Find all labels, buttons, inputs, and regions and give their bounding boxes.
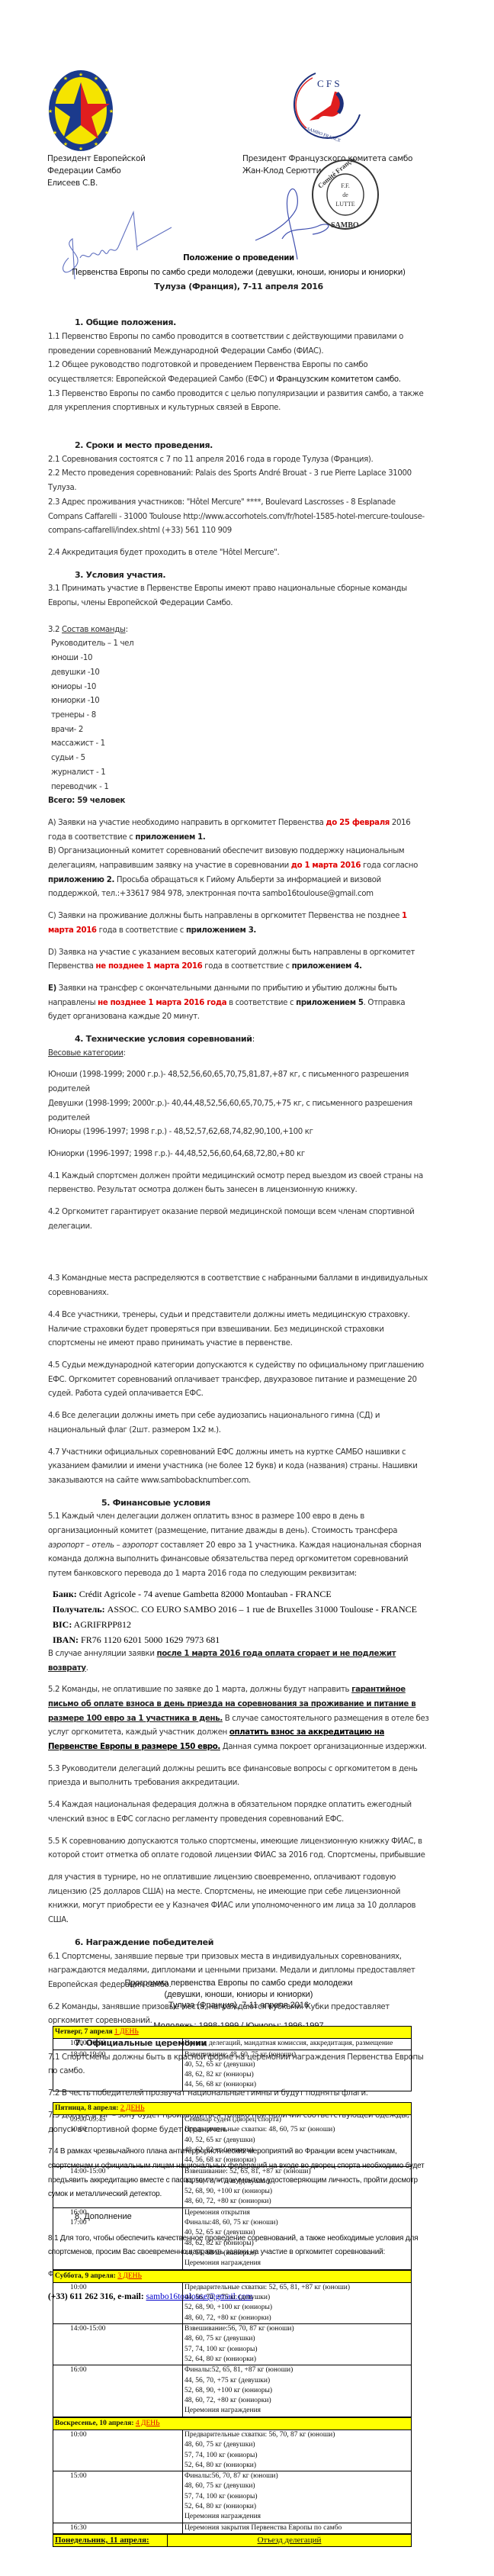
section-heading: 1. Общие положения. bbox=[48, 316, 429, 330]
time: 16:30 bbox=[70, 2523, 181, 2533]
list-item: журналист - 1 bbox=[51, 766, 429, 781]
event-line: Церемония открытия bbox=[184, 2208, 409, 2218]
time: 10:00-16:00 bbox=[70, 2039, 181, 2049]
paragraph: 2.2 Место проведения соревнований: Palai… bbox=[48, 467, 429, 495]
event-line: Семинар судей (дворец спорта) bbox=[184, 2115, 409, 2125]
event-cell: Церемония закрытия Первенства Европы по … bbox=[183, 2523, 412, 2533]
event-line: 48, 60, 75 кг (девушки) bbox=[184, 2440, 409, 2450]
event-line: 40, 52, 65 кг (девушки) bbox=[184, 2228, 409, 2238]
table-row: 15:00Финалы:56, 70, 87 кг (юноши)48, 60,… bbox=[53, 2471, 412, 2523]
team-total: Всего: 59 человек bbox=[48, 794, 429, 809]
list-item: судьи - 5 bbox=[51, 752, 429, 766]
time-cell: 10:00-16:00 bbox=[53, 2039, 183, 2050]
paragraph-d: D) Заявка на участие с указанием весовых… bbox=[48, 946, 429, 974]
event-line: Церемония награждения bbox=[184, 2259, 409, 2268]
section-heading: 4. Технические условия соревнований: bbox=[48, 1032, 429, 1047]
event-line: 40, 52, 65 кг (девушки) bbox=[184, 2136, 409, 2146]
event-line: 48, 60, 72, +80 кг (юниорки) bbox=[184, 2314, 409, 2323]
event-line: Церемония закрытия Первенства Европы по … bbox=[184, 2523, 409, 2533]
event-line: Взвешивание:56, 70, 87 кг (юноши) bbox=[184, 2324, 409, 2334]
doc-location-date: Тулуза (Франция), 7-11 апреля 2016 bbox=[48, 280, 429, 295]
event-cell: Предварительные схватки: 52, 65, 81, +87… bbox=[183, 2282, 412, 2323]
day-schedule-table: Пятница, 8 апреля: 2 ДЕНЬ09:00-09:4510:0… bbox=[53, 2102, 412, 2270]
day-number: 4 ДЕНЬ bbox=[136, 2420, 160, 2427]
day-header: Суббота, 9 апреля: 3 ДЕНЬ bbox=[53, 2270, 412, 2282]
event-line: 57, 74, 100 кг (юниоры) bbox=[184, 2492, 409, 2502]
svg-text:★: ★ bbox=[109, 108, 114, 114]
paragraph: 2.4 Аккредитация будет проходить в отеле… bbox=[48, 546, 429, 561]
day-label: Воскресенье, 10 апреля: bbox=[55, 2420, 136, 2427]
event-line: Взвешивание: 48, 60, 75 кг (юноши) bbox=[184, 2050, 409, 2060]
time: 16:00 bbox=[70, 2208, 181, 2218]
team-composition-list: Руководитель – 1 чел юноши -10 девушки -… bbox=[48, 637, 429, 794]
event-line: 44, 56, 70, +75 кг (девушки) bbox=[184, 2376, 409, 2386]
text: В случае аннуляции заявки bbox=[48, 1650, 157, 1658]
time: 17:00 bbox=[70, 2218, 181, 2228]
event-line: 44, 56, 68 кг (юниорки) bbox=[184, 2156, 409, 2165]
caption-line: Елисеев С.В. bbox=[47, 177, 146, 189]
event-cell: Предварительные схватки: 56, 70, 87 кг (… bbox=[183, 2429, 412, 2471]
svg-text:★: ★ bbox=[48, 108, 53, 114]
paragraph: 1.2 Общее руководство подготовкой и пров… bbox=[48, 359, 429, 387]
day-header: Четверг, 7 апреля 1 ДЕНЬ bbox=[53, 2027, 412, 2039]
weight-category: Юниоры (1996-1997; 1998 г.р.) - 48,52,57… bbox=[48, 1125, 429, 1140]
text: C) Заявки на проживание должны быть напр… bbox=[48, 912, 402, 920]
section-heading: 2. Сроки и место проведения. bbox=[48, 439, 429, 453]
svg-text:★: ★ bbox=[53, 87, 57, 93]
bank-details: Банк: Crédit Agricole - 74 avenue Gambet… bbox=[48, 1582, 429, 1647]
paragraph: 4.3 Командные места распределяются в соо… bbox=[48, 1272, 429, 1300]
text: 3.2 bbox=[48, 626, 62, 634]
event-cell: Взвешивание: 52, 65, 81, +87 кг (юноши)4… bbox=[183, 2166, 412, 2207]
program-header: Программа первенства Европы по самбо сре… bbox=[48, 1978, 429, 2031]
day-number: 3 ДЕНЬ bbox=[117, 2272, 142, 2280]
table-row: 18:00-19:00Взвешивание: 48, 60, 75 кг (ю… bbox=[53, 2050, 412, 2091]
day-number: 1 ДЕНЬ bbox=[114, 2028, 139, 2036]
time-cell: 14:00-15:00 bbox=[53, 2324, 183, 2365]
text: в соответствие с bbox=[226, 999, 296, 1007]
text: приложению 2. bbox=[48, 876, 114, 884]
event-line: 48, 62, 82 кг (юниоры) bbox=[184, 2239, 409, 2249]
event-line: 48, 60, 72, +80 кг (юниорки) bbox=[184, 2396, 409, 2406]
paragraph: для участия в турнире, но не оплатившие … bbox=[48, 1871, 429, 1928]
event-line: Финалы:56, 70, 87 кг (юноши) bbox=[184, 2471, 409, 2481]
event-line: 52, 64, 80 кг (юниорки) bbox=[184, 2502, 409, 2512]
svg-text:SAMBO FRANCE: SAMBO FRANCE bbox=[306, 127, 342, 144]
event-line: 40, 52, 65 кг (девушки) bbox=[184, 2060, 409, 2070]
table-row: 10:00-16:00Приезд делегаций, мандатная к… bbox=[53, 2039, 412, 2050]
label: Получатель: bbox=[53, 1604, 105, 1615]
text: приложением 3. bbox=[186, 926, 256, 935]
event-line: 57, 74, 100 кг (юниоры) bbox=[184, 2451, 409, 2461]
section-heading: 3. Условия участия. bbox=[48, 568, 429, 583]
event-cell: Взвешивание:56, 70, 87 кг (юноши)48, 60,… bbox=[183, 2324, 412, 2365]
svg-text:★: ★ bbox=[79, 146, 83, 152]
departure-day: Понедельник, 11 апреля: bbox=[53, 2534, 168, 2546]
text: E) bbox=[48, 984, 56, 993]
table-row: 10:00Предварительные схватки: 52, 65, 81… bbox=[53, 2282, 412, 2323]
value: AGRIFRPP812 bbox=[72, 1619, 131, 1630]
paragraph-c: C) Заявки на проживание должны быть напр… bbox=[48, 910, 429, 938]
event-line: 44, 56, 70, +75 кг (девушки) bbox=[184, 2293, 409, 2303]
text: года в соответствие с bbox=[97, 926, 186, 935]
event-line: 44, 56, 68 кг (юниорки) bbox=[184, 2080, 409, 2090]
event-line: 52, 68, 90, +100 кг (юниоры) bbox=[184, 2303, 409, 2313]
value: Crédit Agricole - 74 avenue Gambetta 820… bbox=[77, 1589, 332, 1599]
day-schedule-table: Воскресенье, 10 апреля: 4 ДЕНЬ10:00Предв… bbox=[53, 2417, 412, 2534]
table-row: 16:30Церемония закрытия Первенства Европ… bbox=[53, 2523, 412, 2533]
event-cell: Финалы:52, 65, 81, +87 кг (юноши)44, 56,… bbox=[183, 2365, 412, 2417]
time: 09:00-09:45 bbox=[70, 2115, 181, 2125]
svg-text:★: ★ bbox=[63, 141, 68, 147]
event-line: 52, 64, 80 кг (юниорки) bbox=[184, 2355, 409, 2365]
event-line: Финалы:52, 65, 81, +87 кг (юноши) bbox=[184, 2365, 409, 2375]
deadline: до 25 февраля bbox=[326, 819, 390, 827]
event-line: 52, 68, 90, +100 кг (юниоры) bbox=[184, 2386, 409, 2396]
time: 10:00 bbox=[70, 2125, 181, 2135]
text: A) Заявки на участие необходимо направит… bbox=[48, 819, 326, 827]
day-schedule-table: Четверг, 7 апреля 1 ДЕНЬ10:00-16:00Приез… bbox=[53, 2026, 412, 2091]
bank-line: Банк: Crédit Agricole - 74 avenue Gambet… bbox=[53, 1586, 429, 1602]
paragraph: 5.5 К соревнованию допускаются только сп… bbox=[48, 1835, 429, 1863]
time-cell: 15:00 bbox=[53, 2471, 183, 2523]
table-row: 09:00-09:4510:00Семинар судей (дворец сп… bbox=[53, 2115, 412, 2166]
event-line: Церемония награждения bbox=[184, 2406, 409, 2416]
event-line: Приезд делегаций, мандатная комиссия, ак… bbox=[184, 2039, 409, 2049]
time: 15:00 bbox=[70, 2471, 181, 2481]
text: Данная сумма покроет организационные изд… bbox=[220, 1743, 427, 1751]
paragraph: 4.4 Все участники, тренеры, судьи и пред… bbox=[48, 1309, 429, 1351]
time-cell: 10:00 bbox=[53, 2282, 183, 2323]
event-line: 48, 62, 82 кг (юниоры) bbox=[184, 2146, 409, 2156]
time: 10:00 bbox=[70, 2283, 181, 2293]
event-line: Предварительные схватки: 52, 65, 81, +87… bbox=[184, 2283, 409, 2293]
day-header: Пятница, 8 апреля: 2 ДЕНЬ bbox=[53, 2102, 412, 2114]
list-item: юниорки -10 bbox=[51, 694, 429, 709]
event-line: 48, 62, 82 кг (юниоры) bbox=[184, 2070, 409, 2080]
paragraph: 1.3 Первенство Европы по самбо проводитс… bbox=[48, 388, 429, 416]
list-item: массажист - 1 bbox=[51, 737, 429, 752]
day-label: Пятница, 8 апреля: bbox=[55, 2104, 120, 2112]
paragraph: 4.1 Каждый спортсмен должен пройти медиц… bbox=[48, 1170, 429, 1198]
svg-text:★: ★ bbox=[53, 130, 57, 136]
day-header-row: Пятница, 8 апреля: 2 ДЕНЬ bbox=[53, 2102, 412, 2114]
doc-title: Положение о проведении bbox=[48, 252, 429, 266]
cancellation-note: В случае аннуляции заявки после 1 марта … bbox=[48, 1647, 429, 1676]
deadline: до 1 марта 2016 bbox=[291, 861, 361, 870]
text: года согласно bbox=[361, 861, 418, 870]
time: 14:00-15:00 bbox=[70, 2324, 181, 2334]
text: 5.1 Каждый член делегации должен оплатит… bbox=[48, 1512, 397, 1535]
day-label: Суббота, 9 апреля: bbox=[55, 2272, 117, 2280]
weight-category: Юноши (1998-1999; 2000 г.р.)- 48,52,56,6… bbox=[48, 1068, 429, 1096]
event-cell: Взвешивание: 48, 60, 75 кг (юноши)40, 52… bbox=[183, 2050, 412, 2091]
event-line: Предварительные схватки: 56, 70, 87 кг (… bbox=[184, 2430, 409, 2440]
svg-text:★: ★ bbox=[104, 130, 109, 136]
day-label: Четверг, 7 апреля bbox=[55, 2028, 114, 2036]
label: Банк: bbox=[53, 1589, 77, 1599]
text: года в соответствие с bbox=[202, 962, 291, 971]
list-item: тренеры - 8 bbox=[51, 709, 429, 723]
day-header-row: Суббота, 9 апреля: 3 ДЕНЬ bbox=[53, 2270, 412, 2282]
event-line: 44, 56, 70, +75 кг (девушки) bbox=[184, 2177, 409, 2187]
paragraph: 2.3 Адрес проживания участников: "Hôtel … bbox=[48, 496, 429, 539]
text: приложением 4. bbox=[292, 962, 362, 971]
time: 10:00 bbox=[70, 2430, 181, 2440]
paragraph: 5.4 Каждая национальная федерация должна… bbox=[48, 1798, 429, 1827]
list-item: юниоры -10 bbox=[51, 681, 429, 695]
event-cell: Приезд делегаций, мандатная комиссия, ак… bbox=[183, 2039, 412, 2050]
svg-text:★: ★ bbox=[63, 76, 68, 82]
section-heading: 5. Финансовые условия bbox=[48, 1496, 429, 1511]
doc-subtitle: Первенства Европы по самбо среди молодеж… bbox=[48, 266, 429, 281]
text: 4. Технические условия соревнований bbox=[75, 1034, 252, 1044]
table-row: 16:0017:00Церемония открытияФиналы:48, 6… bbox=[53, 2207, 412, 2269]
day-schedule-table: Суббота, 9 апреля: 3 ДЕНЬ10:00Предварите… bbox=[53, 2270, 412, 2417]
event-cell: Церемония открытияФиналы:48, 60, 75 кг (… bbox=[183, 2207, 412, 2269]
list-item: врачи- 2 bbox=[51, 723, 429, 738]
table-row: 16:00Финалы:52, 65, 81, +87 кг (юноши)44… bbox=[53, 2365, 412, 2417]
day-number: 2 ДЕНЬ bbox=[120, 2104, 145, 2112]
weight-category: Девушки (1998-1999; 2000г.р.)- 40,44,48,… bbox=[48, 1097, 429, 1125]
day-header-row: Четверг, 7 апреля 1 ДЕНЬ bbox=[53, 2027, 412, 2039]
paragraph-a: A) Заявки на участие необходимо направит… bbox=[48, 816, 429, 845]
paragraph: 5.1 Каждый член делегации должен оплатит… bbox=[48, 1510, 429, 1582]
event-line: Взвешивание: 52, 65, 81, +87 кг (юноши) bbox=[184, 2167, 409, 2177]
text: Состав команды bbox=[62, 626, 126, 634]
text: приложением 1. bbox=[135, 833, 205, 842]
paragraph: 4.5 Судьи международной категории допуск… bbox=[48, 1359, 429, 1402]
paragraph: 3.1 Принимать участие в Первенстве Европ… bbox=[48, 582, 429, 610]
day-header: Воскресенье, 10 апреля: 4 ДЕНЬ bbox=[53, 2417, 412, 2429]
list-item: Руководитель – 1 чел bbox=[51, 637, 429, 652]
svg-text:★: ★ bbox=[104, 87, 109, 93]
text: приложением 5 bbox=[296, 999, 363, 1007]
time-cell: 16:30 bbox=[53, 2523, 183, 2533]
table-row: 14:00-15:00Взвешивание:56, 70, 87 кг (юн… bbox=[53, 2324, 412, 2365]
time-cell: 09:00-09:4510:00 bbox=[53, 2115, 183, 2166]
program-schedule: Четверг, 7 апреля 1 ДЕНЬ10:00-16:00Приез… bbox=[49, 2026, 412, 2547]
text: Весовые категории bbox=[48, 1049, 124, 1058]
event-line: 52, 64, 80 кг (юниорки) bbox=[184, 2461, 409, 2471]
paragraph: 5.2 Команды, не оплатившие по заявке до … bbox=[48, 1683, 429, 1755]
list-item: девушки -10 bbox=[51, 666, 429, 681]
svg-text:★: ★ bbox=[79, 72, 83, 78]
bank-line: IBAN: FR76 1120 6201 5000 1629 7973 681 bbox=[53, 1632, 429, 1647]
paragraph: 4.6 Все делегации должны иметь при себе … bbox=[48, 1409, 429, 1438]
time-cell: 10:00 bbox=[53, 2429, 183, 2471]
event-line: 48, 60, 75 кг (девушки) bbox=[184, 2334, 409, 2344]
time: 16:00 bbox=[70, 2365, 181, 2375]
event-line: 44, 56, 68 кг (юниорки) bbox=[184, 2249, 409, 2259]
bank-line: Получатель: ASSOC. CO EURO SAMBO 2016 – … bbox=[53, 1602, 429, 1617]
event-cell: Финалы:56, 70, 87 кг (юноши)48, 60, 75 к… bbox=[183, 2471, 412, 2523]
label: BIC: bbox=[53, 1619, 72, 1630]
value: FR76 1120 6201 5000 1629 7973 681 bbox=[79, 1634, 220, 1645]
event-line: Финалы:48, 60, 75 кг (юноши) bbox=[184, 2218, 409, 2228]
paragraph-b: B) Организационный комитет соревнований … bbox=[48, 845, 429, 902]
deadline: не позднее 1 марта 2016 года bbox=[98, 999, 226, 1007]
svg-text:★: ★ bbox=[94, 76, 98, 82]
text: Французским комитетом самбо. bbox=[276, 375, 400, 384]
value: ASSOC. CO EURO SAMBO 2016 – 1 rue de Bru… bbox=[105, 1604, 417, 1615]
event-cell: Семинар судей (дворец спорта)Предварител… bbox=[183, 2115, 412, 2166]
time-cell: 16:0017:00 bbox=[53, 2207, 183, 2269]
paragraph: 4.2 Оргкомитет гарантирует оказание перв… bbox=[48, 1206, 429, 1234]
caption-line: Президент Европейской bbox=[47, 153, 146, 165]
text: 5.2 Команды, не оплатившие по заявке до … bbox=[48, 1686, 351, 1694]
event-line: Предварительные схватки: 48, 60, 75 кг (… bbox=[184, 2125, 409, 2135]
efs-president-caption: Президент Европейской Федерации Самбо Ел… bbox=[47, 153, 146, 189]
text: аэропорт – отель – аэропорт bbox=[48, 1541, 158, 1550]
event-line: 57, 74, 100 кг (юниоры) bbox=[184, 2345, 409, 2355]
text: . bbox=[86, 1664, 88, 1673]
event-line: 52, 68, 90, +100 кг (юниоры) bbox=[184, 2187, 409, 2197]
efs-logo: ★★★ ★★★ ★★★ ★★★ bbox=[47, 69, 114, 153]
program-title: (девушки, юноши, юниоры и юниорки) bbox=[48, 1989, 429, 2001]
svg-text:C F S: C F S bbox=[317, 78, 340, 89]
departure-event: Отъезд делегаций bbox=[168, 2534, 412, 2546]
section-heading: 6. Награждение победителей bbox=[48, 1936, 429, 1950]
program-title: Программа первенства Европы по самбо сре… bbox=[48, 1978, 429, 1989]
bank-line: BIC: AGRIFRPP812 bbox=[53, 1617, 429, 1632]
departure-row: Понедельник, 11 апреля:Отъезд делегаций bbox=[53, 2534, 412, 2546]
time-cell: 14:00-15:00 bbox=[53, 2166, 183, 2207]
event-line: 48, 60, 75 кг (девушки) bbox=[184, 2481, 409, 2491]
list-item: переводчик - 1 bbox=[51, 781, 429, 795]
weights-label: Весовые категории: bbox=[48, 1047, 429, 1061]
table-row: 10:00Предварительные схватки: 56, 70, 87… bbox=[53, 2429, 412, 2471]
program-title: Тулуза (Франция), 7-11 апреля 2016 bbox=[48, 2000, 429, 2011]
time: 18:00-19:00 bbox=[70, 2050, 181, 2060]
time: 14:00-15:00 bbox=[70, 2167, 181, 2177]
event-line: Церемония награждения bbox=[184, 2512, 409, 2522]
paragraph: 5.3 Руководители делегаций должны решить… bbox=[48, 1763, 429, 1791]
departure-table: Понедельник, 11 апреля:Отъезд делегаций bbox=[53, 2534, 412, 2547]
time-cell: 16:00 bbox=[53, 2365, 183, 2417]
event-line: 48, 60, 72, +80 кг (юниорки) bbox=[184, 2197, 409, 2207]
list-item: юноши -10 bbox=[51, 652, 429, 666]
time-cell: 18:00-19:00 bbox=[53, 2050, 183, 2091]
table-row: 14:00-15:00Взвешивание: 52, 65, 81, +87 … bbox=[53, 2166, 412, 2207]
weight-category: Юниорки (1996-1997; 1998 г.р.)- 44,48,52… bbox=[48, 1148, 429, 1162]
caption-line: Федерации Самбо bbox=[47, 165, 146, 177]
label: IBAN: bbox=[53, 1634, 79, 1645]
team-composition-label: 3.2 Состав команды: bbox=[48, 623, 429, 638]
svg-text:★: ★ bbox=[94, 141, 98, 147]
day-header-row: Воскресенье, 10 апреля: 4 ДЕНЬ bbox=[53, 2417, 412, 2429]
paragraph: 4.7 Участники официальных соревнований Е… bbox=[48, 1446, 429, 1489]
paragraph-e: E) Заявки на трансфер с окончательными д… bbox=[48, 982, 429, 1025]
paragraph: 2.1 Соревнования состоятся с 7 по 11 апр… bbox=[48, 453, 429, 468]
cfs-logo: C F S SAMBO FRANCE bbox=[293, 69, 363, 145]
deadline: не позднее 1 марта 2016 bbox=[96, 962, 203, 971]
paragraph: 1.1 Первенство Европы по самбо проводитс… bbox=[48, 330, 429, 359]
